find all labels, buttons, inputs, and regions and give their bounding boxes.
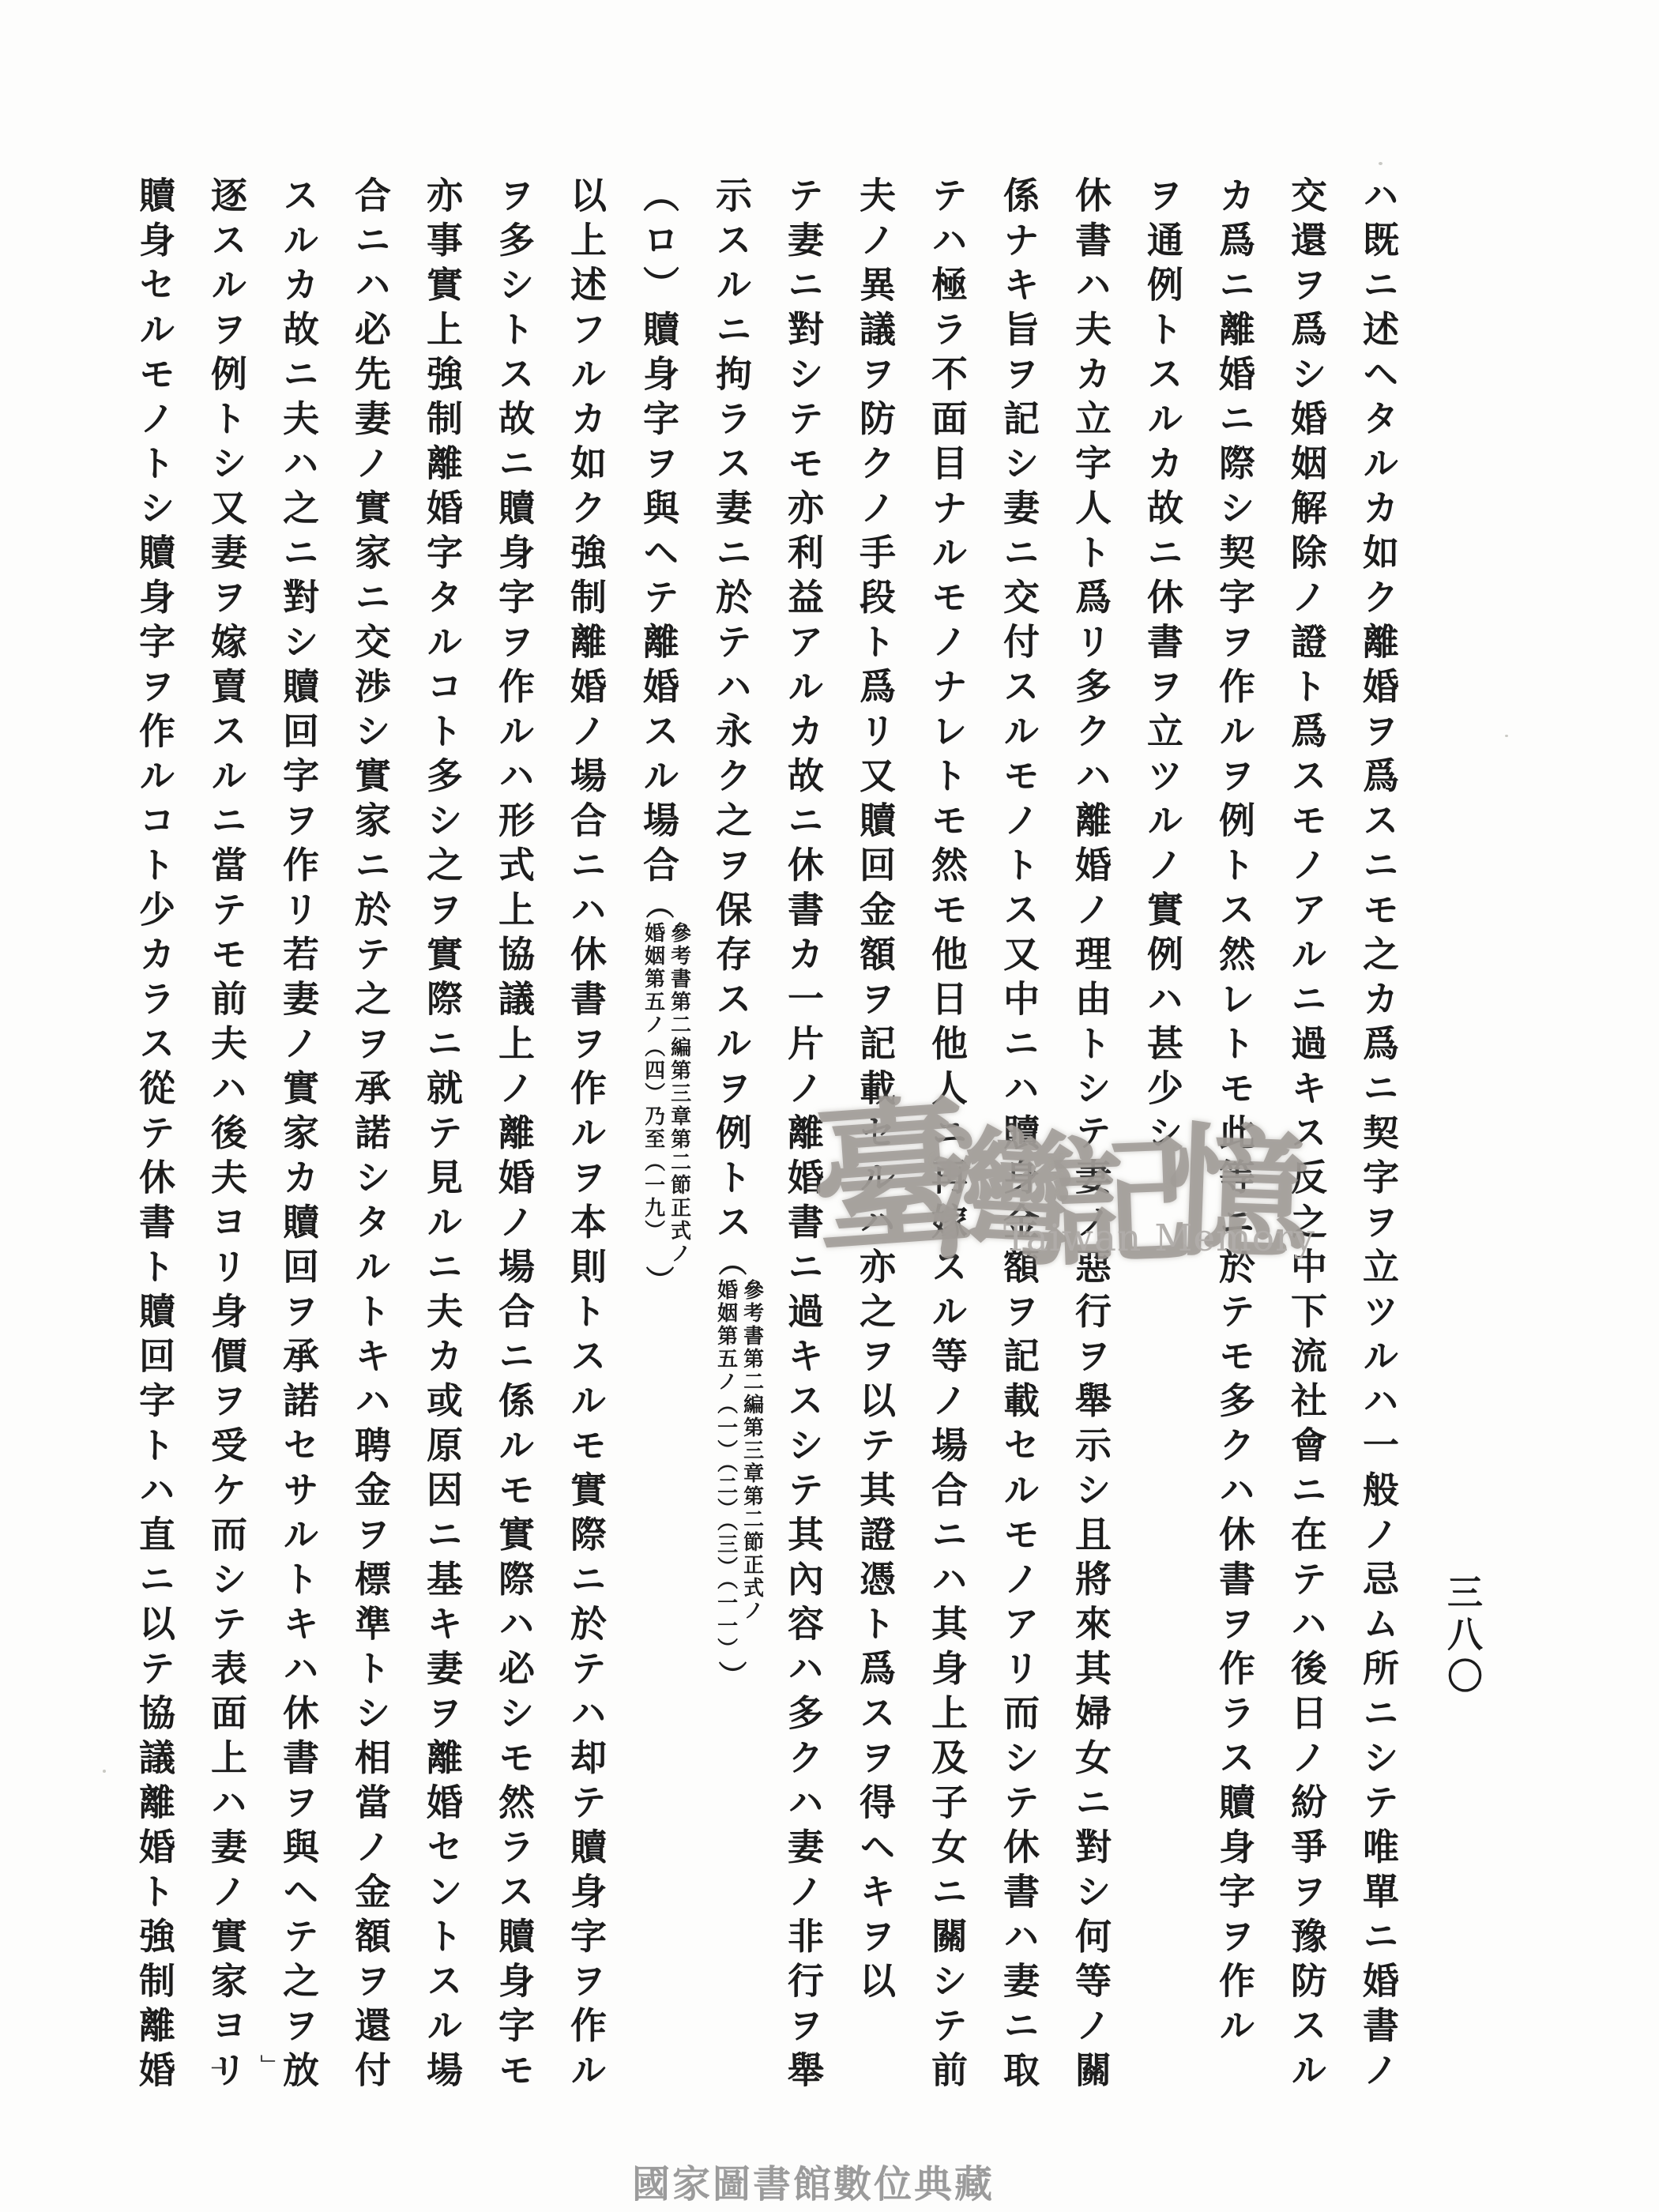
text-column: 逐スルヲ例トシ又妻ヲ嫁賣スルニ當テモ前夫ハ後夫ヨリ身價ヲ受ケ而シテ表面上ハ妻ノ實… bbox=[190, 176, 262, 2147]
column-text: ヲ多シトス故ニ贖身字ヲ作ルハ形式上協議上ノ離婚ノ場合ニ係ルモ實際ハ必シモ然ラス贖… bbox=[494, 176, 534, 2096]
warichu-close-paren: ） bbox=[642, 1266, 674, 1297]
warichu-line-right: 參考書第二編第三章第二節正式ノ bbox=[739, 1279, 766, 1661]
column-text: 贖身セルモノトシ贖身字ヲ作ルコト少カラス從テ休書ト贖回字トハ直ニ以テ協議離婚ト強… bbox=[134, 176, 175, 2096]
scanned-document-page: ハ既ニ述ヘタルカ如ク離婚ヲ爲スニモ之カ爲ニ契字ヲ立ツルハ一般ノ忌ム所ニシテ唯單ニ… bbox=[0, 0, 1659, 2212]
scan-speck bbox=[1505, 735, 1508, 737]
text-column: スルカ故ニ夫ハ之ニ對シ贖回字ヲ作リ若妻ノ實家カ贖回ヲ承諾セサルトキハ休書ヲ與ヘテ… bbox=[262, 176, 334, 2147]
column-text: ハ既ニ述ヘタルカ如ク離婚ヲ爲スニモ之カ爲ニ契字ヲ立ツルハ一般ノ忌ム所ニシテ唯單ニ… bbox=[1358, 176, 1398, 2096]
correction-mark: ﹂ bbox=[261, 2049, 280, 2077]
warichu-line-left: 婚姻第五ノ（四）乃至（一九） bbox=[641, 922, 667, 1266]
text-column: 亦事實上強制離婚字タルコト多シ之ヲ實際ニ就テ見ルニ夫カ或原因ニ基キ妻ヲ離婚セント… bbox=[406, 176, 478, 2147]
warichu-open-paren: （ bbox=[715, 1247, 747, 1279]
warichu-note: 參考書第二編第三章第二節正式ノ婚姻第五ノ（四）乃至（一九） bbox=[641, 922, 693, 1266]
column-text: 以上述フルカ如ク強制離婚ノ場合ニハ休書ヲ作ルヲ本則トスルモ實際ニ於テハ却テ贖身字… bbox=[566, 176, 606, 2096]
archive-footer-caption: 國家圖書館數位典藏 bbox=[632, 2154, 995, 2208]
warichu-note: 參考書第二編第三章第二節正式ノ婚姻第五ノ（一）（二）（三）（一一） bbox=[713, 1279, 766, 1661]
text-column: 以上述フルカ如ク強制離婚ノ場合ニハ休書ヲ作ルヲ本則トスルモ實際ニ於テハ却テ贖身字… bbox=[550, 176, 622, 2147]
text-column: ヲ多シトス故ニ贖身字ヲ作ルハ形式上協議上ノ離婚ノ場合ニ係ルモ實際ハ必シモ然ラス贖… bbox=[478, 176, 550, 2147]
text-column: ハ既ニ述ヘタルカ如ク離婚ヲ爲スニモ之カ爲ニ契字ヲ立ツルハ一般ノ忌ム所ニシテ唯單ニ… bbox=[1342, 176, 1414, 2147]
warichu-open-paren: （ bbox=[642, 890, 674, 922]
watermark-latin-text: Taiwan Memory bbox=[1003, 1217, 1315, 1260]
column-text: スルカ故ニ夫ハ之ニ對シ贖回字ヲ作リ若妻ノ實家カ贖回ヲ承諾セサルトキハ休書ヲ與ヘテ… bbox=[278, 176, 318, 2096]
column-text: 合ニハ必先妻ノ實家ニ交渉シ實家ニ於テ之ヲ承諾シタルトキハ聘金ヲ標準トシ相當ノ金額… bbox=[350, 176, 390, 2096]
warichu-close-paren: ） bbox=[715, 1661, 747, 1692]
scan-speck bbox=[1379, 162, 1382, 165]
scan-speck bbox=[103, 1770, 106, 1773]
text-column: 示スルニ拘ラス妻ニ於テハ永ク之ヲ保存スルヲ例トス（參考書第二編第三章第二節正式ノ… bbox=[694, 176, 767, 2147]
warichu-line-left: 婚姻第五ノ（一）（二）（三）（一一） bbox=[713, 1279, 739, 1661]
column-text: （ロ）贖身字ヲ與ヘテ離婚スル場合 bbox=[638, 176, 679, 890]
column-text: 亦事實上強制離婚字タルコト多シ之ヲ實際ニ就テ見ルニ夫カ或原因ニ基キ妻ヲ離婚セント… bbox=[422, 176, 462, 2096]
warichu-line-right: 參考書第二編第三章第二節正式ノ bbox=[667, 922, 693, 1266]
column-text: 示スルニ拘ラス妻ニ於テハ永ク之ヲ保存スルヲ例トス bbox=[711, 176, 751, 1247]
page-number: 三八〇 bbox=[1436, 1574, 1488, 1699]
column-text: ヲ通例トスルカ故ニ休書ヲ立ツルノ實例ハ甚少シ bbox=[1142, 176, 1183, 1158]
text-column: （ロ）贖身字ヲ與ヘテ離婚スル場合（參考書第二編第三章第二節正式ノ婚姻第五ノ（四）… bbox=[622, 176, 694, 2147]
column-text: 逐スルヲ例トシ又妻ヲ嫁賣スルニ當テモ前夫ハ後夫ヨリ身價ヲ受ケ而シテ表面上ハ妻ノ實… bbox=[206, 176, 246, 2096]
correction-mark: ﹁ bbox=[207, 2049, 226, 2077]
text-column: 贖身セルモノトシ贖身字ヲ作ルコト少カラス從テ休書ト贖回字トハ直ニ以テ協議離婚ト強… bbox=[118, 176, 190, 2147]
text-column: 合ニハ必先妻ノ實家ニ交渉シ實家ニ於テ之ヲ承諾シタルトキハ聘金ヲ標準トシ相當ノ金額… bbox=[334, 176, 406, 2147]
